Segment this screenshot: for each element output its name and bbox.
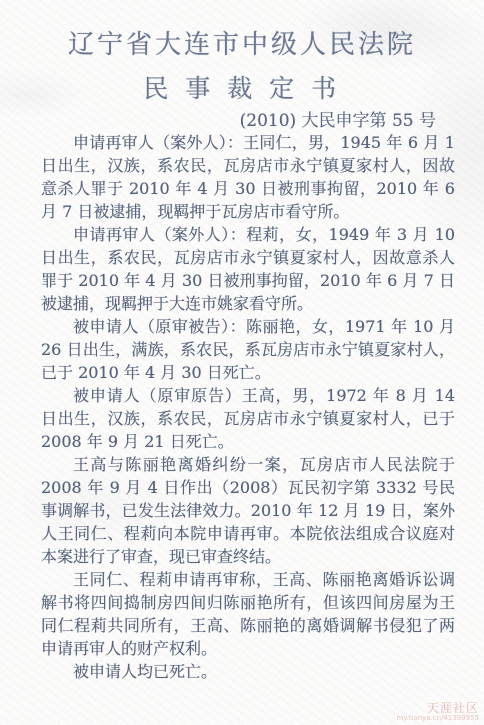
- paragraph-applicant-2: 申请再审人（案外人）：程莉，女，1949 年 3 月 10 日出生，系农民，瓦房…: [41, 223, 455, 315]
- watermark-url: my.tianya.cn/41399955: [396, 715, 479, 722]
- paragraph-respondent-1: 被申请人（原审被告）：陈丽艳，女，1971 年 10 月 26 日出生，满族，系…: [41, 315, 455, 384]
- document-title: 民 事 裁 定 书: [0, 69, 484, 105]
- paragraph-deceased-note: 被申请人均已死亡。: [41, 660, 455, 683]
- watermark: 天涯社区 my.tianya.cn/41399955: [396, 702, 479, 722]
- court-name: 辽宁省大连市中级人民法院: [0, 24, 484, 61]
- document-body: 申请再审人（案外人）：王同仁，男，1945 年 6 月 1 日出生，汉族，系农民…: [41, 131, 455, 683]
- document-header: 辽宁省大连市中级人民法院 民 事 裁 定 书: [0, 24, 484, 105]
- paragraph-retrial-claim: 王同仁、程莉申请再审称，王高、陈丽艳离婚诉讼调解书将四间捣制房四间归陈丽艳所有，…: [41, 568, 455, 660]
- scanned-court-document: 辽宁省大连市中级人民法院 民 事 裁 定 书 (2010) 大民申字第 55 号…: [0, 0, 484, 725]
- case-number: (2010) 大民申字第 55 号: [240, 106, 436, 131]
- paragraph-case-history: 王高与陈丽艳离婚纠纷一案，瓦房店市人民法院于 2008 年 9 月 4 日作出（…: [41, 453, 455, 568]
- paragraph-respondent-2: 被申请人（原审原告）王高，男，1972 年 8 月 14 日出生，汉族，系农民，…: [41, 384, 455, 453]
- paragraph-applicant-1: 申请再审人（案外人）：王同仁，男，1945 年 6 月 1 日出生，汉族，系农民…: [41, 131, 455, 223]
- watermark-site-name: 天涯社区: [396, 702, 479, 715]
